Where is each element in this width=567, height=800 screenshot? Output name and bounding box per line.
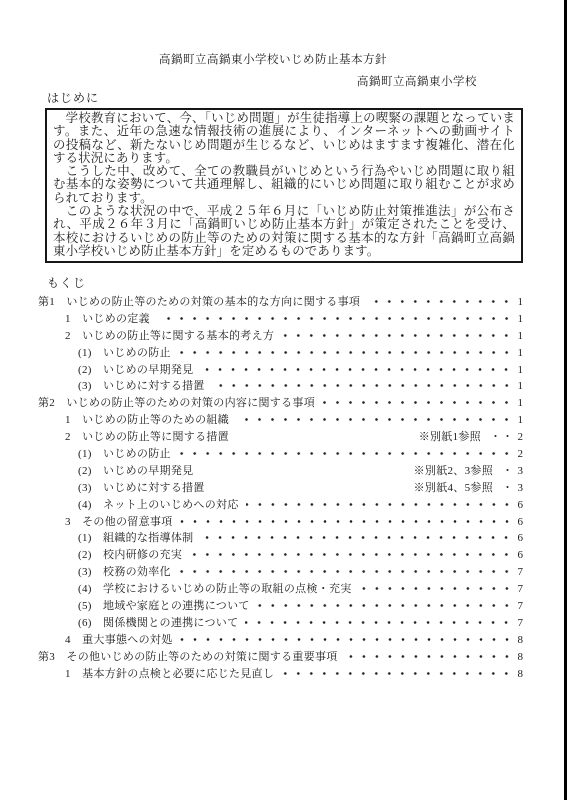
toc-entry-label: 4 重大事態への対処 (65, 631, 173, 647)
toc-row: 1 いじめの防止等のための組織 1 (38, 411, 523, 428)
toc-entry-label: (1) いじめの防止 (78, 344, 171, 360)
toc-page-number: 8 (515, 634, 523, 646)
toc-leader-dots (178, 566, 513, 577)
toc-page-number: 6 (515, 499, 523, 511)
toc-entry-label: (2) 校内研修の充実 (78, 546, 182, 562)
toc-row: 1 いじめの定義 1 (38, 310, 523, 327)
toc-leader-dots (189, 549, 513, 560)
toc-row: (5) 地域や家庭との連携について 7 (38, 597, 523, 614)
toc-entry-label: (6) 関係機関との連携について (78, 614, 238, 630)
toc-row: (1) いじめの防止 1 (38, 344, 523, 361)
intro-paragraph: こうした中、改めて、全ての教職員がいじめという行為やいじめ問題に取り組む基本的な… (53, 165, 515, 205)
toc-entry-label: 第3 その他いじめの防止等のための対策に関する重要事項 (38, 648, 338, 664)
intro-box: 学校教育において、今、「いじめ問題」が生徒指導上の喫緊の課題となっています。また… (45, 108, 523, 263)
toc-page-number: 6 (515, 549, 523, 561)
toc-leader-dots (257, 600, 513, 611)
toc-page-number: 3 (515, 465, 523, 477)
toc-entry-label: (3) いじめに対する措置 (78, 479, 205, 495)
toc-page-number: 1 (515, 380, 523, 392)
toc-leader-dots (359, 583, 513, 594)
toc-row: (1) 組織的な指導体制 6 (38, 529, 523, 546)
toc-entry-label: (4) ネット上のいじめへの対応 (78, 496, 239, 512)
toc-attachment-note: ※別紙1参照 (419, 428, 481, 444)
toc-page-number: 1 (515, 364, 523, 376)
toc-page-number: 1 (515, 347, 523, 359)
toc-leader-dots (246, 499, 513, 510)
toc-entry-label: (1) 組織的な指導体制 (78, 529, 193, 545)
toc-leader-dots (180, 516, 514, 527)
toc-entry-label: (1) いじめの防止 (78, 445, 171, 461)
toc-short-dots: ・・ (490, 428, 514, 444)
toc-row: 2 いじめの防止等に関する基本的考え方 1 (38, 327, 523, 344)
school-name: 高鍋町立高鍋東小学校 (357, 75, 477, 89)
toc-page-number: 6 (515, 516, 523, 528)
toc-leader-dots (281, 668, 513, 679)
toc-leader-dots (367, 296, 513, 307)
toc-page-number: 2 (515, 431, 523, 443)
toc-row: 2 いじめの防止等に関する措置 ※別紙1参照 ・・ 2 (38, 428, 523, 445)
toc-entry-label: (3) いじめに対する措置 (78, 377, 205, 393)
toc-row: 3 その他の留意事項 6 (38, 513, 523, 530)
toc-leader-dots (345, 651, 513, 662)
toc-row: 第1 いじめの防止等のための対策の基本的な方向に関する事項 1 (38, 293, 523, 310)
toc-page-number: 8 (515, 651, 523, 663)
toc-entry-label: 第2 いじめの防止等のための対策の内容に関する事項 (38, 394, 315, 410)
toc-page-number: 7 (515, 600, 523, 612)
toc-entry-label: (2) いじめの早期発見 (78, 361, 193, 377)
toc-page-number: 1 (515, 414, 523, 426)
toc-list: 第1 いじめの防止等のための対策の基本的な方向に関する事項 1 1 いじめの定義… (38, 293, 523, 681)
page-title: 高鍋町立高鍋東小学校いじめ防止基本方針 (159, 53, 387, 67)
toc-leader-dots (212, 380, 513, 391)
toc-entry-label: 第1 いじめの防止等のための対策の基本的な方向に関する事項 (38, 293, 360, 309)
toc-row: (1) いじめの防止 2 (38, 445, 523, 462)
toc-page-number: 1 (515, 313, 523, 325)
toc-short-dots: ・ (502, 462, 514, 478)
intro-paragraph: このような状況の中で、平成２５年６月に「いじめ防止対策推進法」が公布され、平成２… (53, 205, 515, 258)
document-page: { "colors": { "background": "#ffffff", "… (0, 0, 567, 800)
toc-row: 第2 いじめの防止等のための対策の内容に関する事項 1 (38, 394, 523, 411)
toc-leader-dots (322, 397, 513, 408)
toc-attachment-note: ※別紙2、3参照 (414, 462, 493, 478)
toc-row: (6) 関係機関との連携について 7 (38, 614, 523, 631)
toc-leader-dots (245, 617, 513, 628)
toc-row: (2) いじめの早期発見 1 (38, 361, 523, 378)
toc-heading: もくじ (47, 276, 86, 290)
toc-leader-dots (200, 532, 513, 543)
toc-page-number: 7 (515, 617, 523, 629)
toc-entry-label: 2 いじめの防止等に関する措置 (65, 428, 229, 444)
toc-page-number: 8 (515, 668, 523, 680)
toc-entry-label: 1 いじめの防止等のための組織 (65, 411, 229, 427)
toc-page-number: 3 (515, 482, 523, 494)
toc-leader-dots (178, 448, 513, 459)
toc-entry-label: (3) 校務の効率化 (78, 563, 171, 579)
toc-page-number: 2 (515, 448, 523, 460)
toc-page-number: 7 (515, 566, 523, 578)
toc-row: (3) いじめに対する措置 ※別紙4、5参照 ・ 3 (38, 479, 523, 496)
toc-entry-label: 1 いじめの定義 (65, 310, 150, 326)
toc-entry-label: (5) 地域や家庭との連携について (78, 597, 250, 613)
toc-leader-dots (236, 414, 513, 425)
toc-entry-label: 3 その他の留意事項 (65, 513, 173, 529)
toc-row: 1 基本方針の点検と必要に応じた見直し 8 (38, 665, 523, 682)
toc-row: (4) 学校におけるいじめの防止等の取組の点検・充実 7 (38, 580, 523, 597)
toc-leader-dots (180, 634, 514, 645)
toc-leader-dots (157, 313, 513, 324)
toc-page-number: 1 (515, 296, 523, 308)
toc-entry-label: (2) いじめの早期発見 (78, 462, 193, 478)
toc-entry-label: 2 いじめの防止等に関する基本的考え方 (65, 327, 274, 343)
toc-row: (2) 校内研修の充実 6 (38, 546, 523, 563)
toc-row: (3) 校務の効率化 7 (38, 563, 523, 580)
toc-page-number: 1 (515, 397, 523, 409)
toc-short-dots: ・ (502, 479, 514, 495)
toc-attachment-note: ※別紙4、5参照 (414, 479, 493, 495)
toc-leader-dots (200, 364, 513, 375)
toc-row: (3) いじめに対する措置 1 (38, 377, 523, 394)
toc-row: 第3 その他いじめの防止等のための対策に関する重要事項 8 (38, 648, 523, 665)
toc-entry-label: 1 基本方針の点検と必要に応じた見直し (65, 665, 274, 681)
toc-page-number: 6 (515, 532, 523, 544)
intro-heading: はじめに (47, 91, 99, 105)
toc-row: (4) ネット上のいじめへの対応 6 (38, 496, 523, 513)
toc-row: 4 重大事態への対処 8 (38, 631, 523, 648)
intro-paragraph: 学校教育において、今、「いじめ問題」が生徒指導上の喫緊の課題となっています。また… (53, 112, 515, 165)
toc-page-number: 7 (515, 583, 523, 595)
toc-entry-label: (4) 学校におけるいじめの防止等の取組の点検・充実 (78, 580, 352, 596)
toc-leader-dots (281, 330, 513, 341)
toc-leader-dots (178, 347, 513, 358)
toc-row: (2) いじめの早期発見 ※別紙2、3参照 ・ 3 (38, 462, 523, 479)
toc-page-number: 1 (515, 330, 523, 342)
